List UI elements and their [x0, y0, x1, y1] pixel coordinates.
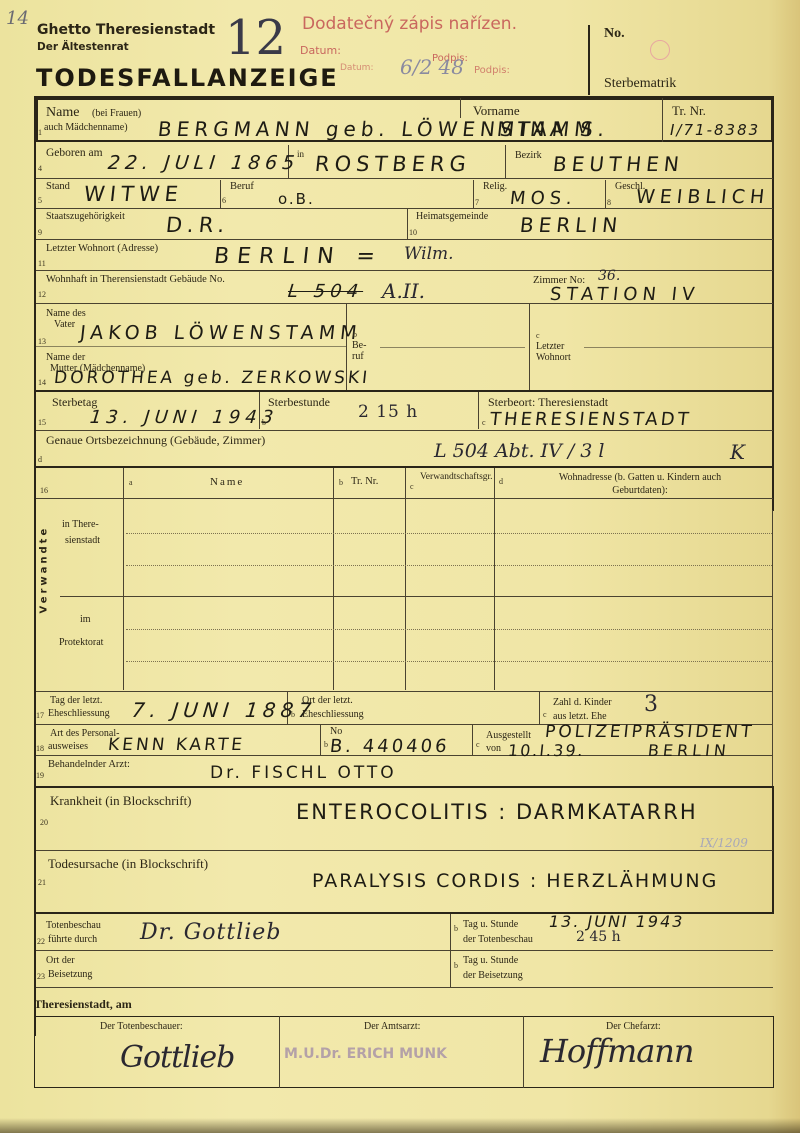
krankheit-annotation: IX/1209 — [700, 836, 748, 850]
vorname-value: MINA S. — [496, 117, 611, 141]
verwandte-side-label: Verwandte — [39, 598, 50, 614]
totenbeschau-signature: Dr. Gottlieb — [140, 920, 281, 945]
zimmer-number: 36. — [598, 268, 620, 284]
letzter-wohnort-district: Wilm. — [404, 244, 454, 264]
letzter-wohnort-value: BERLIN = — [213, 244, 385, 269]
ausweis-issue-date: 10.I.39. — [507, 741, 586, 760]
children-count-value: 3 — [644, 692, 658, 717]
arzt-value: Dr. FISCHL OTTO — [210, 763, 397, 783]
wohnhaft-section-value: A.II. — [382, 279, 425, 303]
place-date-label: Theresienstadt, am — [34, 997, 132, 1012]
column-header-name: Name — [210, 476, 244, 488]
staatszugehoerigkeit-value: D.R. — [165, 213, 231, 237]
column-header-verwandtschaftsgrad: Verwandtschaftsgr. — [420, 471, 490, 483]
tr-nr-label: Tr. Nr. — [672, 104, 706, 118]
stamp-date-handwritten: 6/2 48 — [400, 55, 464, 79]
mutter-value: DOROTHEA geb. ZERKOWSKI — [53, 368, 371, 388]
heimatsgemeinde-value: BERLIN — [519, 213, 624, 237]
stamp-datum-1: Datum: — [300, 44, 341, 57]
zimmer-value: STATION IV — [549, 284, 700, 305]
todesursache-label: Todesursache (in Blockschrift) — [48, 857, 208, 871]
krankheit-value: ENTEROCOLITIS : DARMKATARRH — [296, 800, 698, 824]
ortsbezeichnung-mark: K — [730, 440, 745, 464]
ausweis-issuer-city: BERLIN — [647, 741, 731, 760]
ausweis-issuer-value: POLIZEIPRÄSIDENT — [544, 722, 755, 742]
column-header-wohnadresse: Wohnadresse (b. Gatten u. Kindern auch G… — [530, 471, 750, 497]
signature-totenbeschauer: Gottlieb — [120, 1040, 234, 1075]
krankheit-label: Krankheit (in Blockschrift) — [50, 794, 192, 808]
bezirk-label: Bezirk — [515, 150, 542, 161]
todesursache-value: PARALYSIS CORDIS : HERZLÄHMUNG — [312, 870, 718, 892]
amtsarzt-stamp: M.U.Dr. ERICH MUNK — [284, 1046, 447, 1062]
page-bottom-shadow — [0, 1118, 800, 1133]
stamp-podpis-2: Podpis: — [474, 65, 510, 76]
birthplace-value: ROSTBERG — [314, 152, 472, 176]
ortsbezeichnung-value: L 504 Abt. IV / 3 l — [434, 440, 604, 462]
page-mark: 14 — [6, 8, 29, 29]
ausweis-number-value: B. 440406 — [329, 736, 451, 757]
ausweis-type-value: KENN KARTE — [107, 735, 246, 755]
ortsbezeichnung-label: Genaue Ortsbezeichnung (Gebäude, Zimmer) — [46, 434, 265, 447]
sterbematrik-label: Sterbematrik — [604, 76, 676, 91]
sterbetag-value: 13. JUNI 1943 — [89, 407, 279, 428]
signature-chefarzt: Hoffmann — [540, 1032, 694, 1070]
org-name: Ghetto Theresienstadt — [37, 22, 215, 38]
document-page: 14 Ghetto Theresienstadt Der Ältestenrat… — [0, 0, 800, 1133]
handwritten-number: 12 — [225, 10, 286, 66]
relig-value: MOS. — [509, 188, 578, 209]
geschl-value: WEIBLICH — [635, 186, 770, 208]
geboren-label: Geboren am — [46, 147, 103, 160]
vater-value: JAKOB LÖWENSTAMM — [79, 322, 363, 344]
marriage-date-value: 7. JUNI 1887 — [131, 698, 318, 722]
sterbestunde-value: 2 15 h — [358, 402, 418, 422]
beruf-value: o.B. — [278, 190, 315, 208]
stamp-additional-entry: Dodatečný zápis nařízen. — [302, 14, 517, 34]
wohnhaft-building-value: L 504 — [287, 281, 364, 302]
org-council: Der Ältestenrat — [37, 41, 129, 53]
stand-value: WITWE — [83, 182, 184, 206]
geboren-value: 22. JULI 1865 — [107, 152, 301, 174]
red-circle-mark — [650, 40, 670, 60]
totenbeschau-time-value: 2 45 h — [576, 929, 621, 945]
stamp-datum-2: Datum: — [340, 63, 373, 73]
column-header-tr-nr: Tr. Nr. — [351, 476, 378, 488]
name-label: Name — [46, 105, 79, 120]
no-label: No. — [604, 26, 625, 42]
bezirk-value: BEUTHEN — [552, 152, 685, 176]
sterbeort-value: THERESIENSTADT — [489, 409, 693, 430]
form-title: TODESFALLANZEIGE — [36, 64, 339, 92]
tr-nr-value: I/71-8383 — [670, 121, 760, 139]
